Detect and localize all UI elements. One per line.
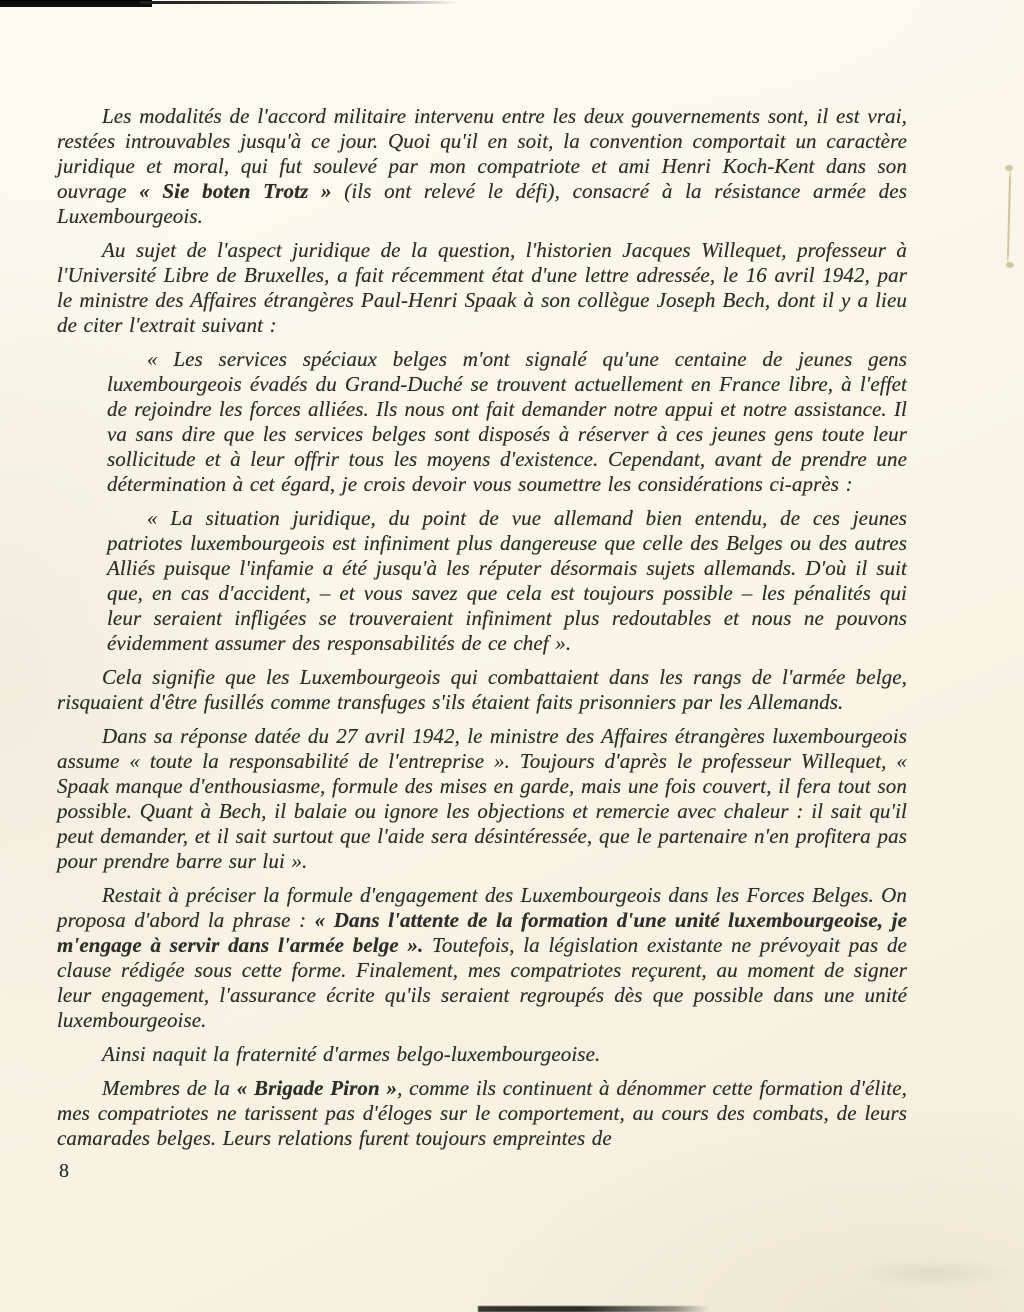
scan-artifact-top-edge-fade — [140, 1, 460, 4]
scan-artifact-top-edge — [0, 0, 152, 7]
paragraph: Les modalités de l'accord militaire inte… — [57, 104, 907, 229]
paragraph: Ainsi naquit la fraternité d'armes belgo… — [57, 1042, 907, 1067]
paragraph-quote: « Les services spéciaux belges m'ont sig… — [107, 347, 907, 497]
paragraph-quote: « La situation juridique, du point de vu… — [107, 506, 907, 656]
scanned-book-page: Les modalités de l'accord militaire inte… — [0, 0, 1024, 1312]
scan-artifact-bottom-edge — [478, 1306, 710, 1312]
paragraph: Membres de la « Brigade Piron », comme i… — [57, 1076, 907, 1151]
scan-artifact-thread-dot — [1006, 262, 1014, 268]
paragraph: Dans sa réponse datée du 27 avril 1942, … — [57, 724, 907, 874]
scan-artifact-corner-smudge — [854, 1258, 1014, 1288]
scan-artifact-binding-thread — [1007, 168, 1012, 266]
paragraph: Restait à préciser la formule d'engageme… — [57, 883, 907, 1033]
page-text-block: Les modalités de l'accord militaire inte… — [57, 104, 907, 1184]
paragraph: Au sujet de l'aspect juridique de la que… — [57, 238, 907, 338]
paragraph: Cela signifie que les Luxembourgeois qui… — [57, 665, 907, 715]
page-number: 8 — [57, 1159, 907, 1184]
